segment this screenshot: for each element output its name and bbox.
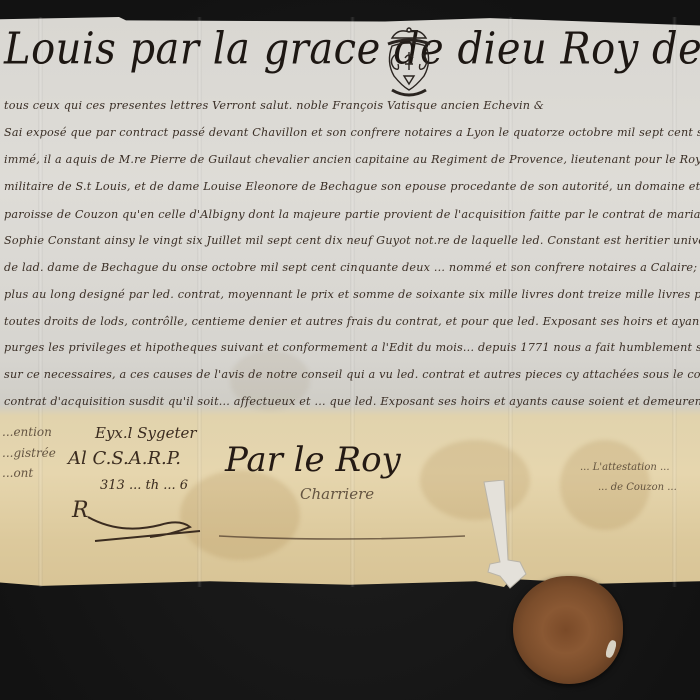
- text-line: tous ceux qui ces presentes lettres Verr…: [4, 99, 544, 112]
- text-line: paroisse de Couzon qu'en celle d'Albigny…: [4, 208, 700, 221]
- text-line: plus au long designé par led. contrat, m…: [4, 288, 700, 301]
- margin-note: ...ention: [2, 425, 52, 439]
- document-heading: Louis par la grace de dieu Roy de France…: [4, 24, 700, 75]
- text-line: de lad. dame de Bechague du onse octobre…: [4, 261, 700, 274]
- text-line: Sai exposé que par contract passé devant…: [4, 126, 700, 139]
- seal-ribbon-icon: [480, 480, 530, 590]
- wax-seal-icon: [513, 576, 623, 684]
- margin-note: ...ont: [2, 466, 33, 480]
- countersignature: Charriere: [300, 485, 374, 503]
- text-line: Sophie Constant ainsy le vingt six Juill…: [4, 234, 700, 247]
- registration-note: Eyx.l Sygeter: [95, 424, 197, 442]
- registration-note: Al C.S.A.R.P.: [68, 448, 181, 469]
- registration-note: 313 ... th ... 6: [100, 478, 188, 493]
- text-line: purges les privileges et hipotheques sui…: [4, 341, 700, 354]
- right-note: ... de Couzon ...: [598, 482, 677, 493]
- fold-line: [672, 17, 677, 587]
- royal-arms-stamp-icon: [378, 24, 440, 104]
- text-line: contrat d'acquisition susdit qu'il soit.…: [4, 395, 700, 408]
- signature-flourish: [80, 505, 210, 545]
- right-note: ... L'attestation ...: [580, 462, 670, 473]
- text-line: militaire de S.t Louis, et de dame Louis…: [4, 180, 700, 193]
- text-line: toutes droits de lods, contrôlle, centie…: [4, 315, 700, 328]
- main-signature: Par le Roy: [225, 440, 401, 480]
- signature-underline: [215, 530, 485, 560]
- margin-note: ...gistrée: [2, 446, 56, 460]
- text-line: sur ce necessaires, a ces causes de l'av…: [4, 368, 700, 381]
- text-line: immé, il a aquis de M.re Pierre de Guila…: [4, 153, 700, 166]
